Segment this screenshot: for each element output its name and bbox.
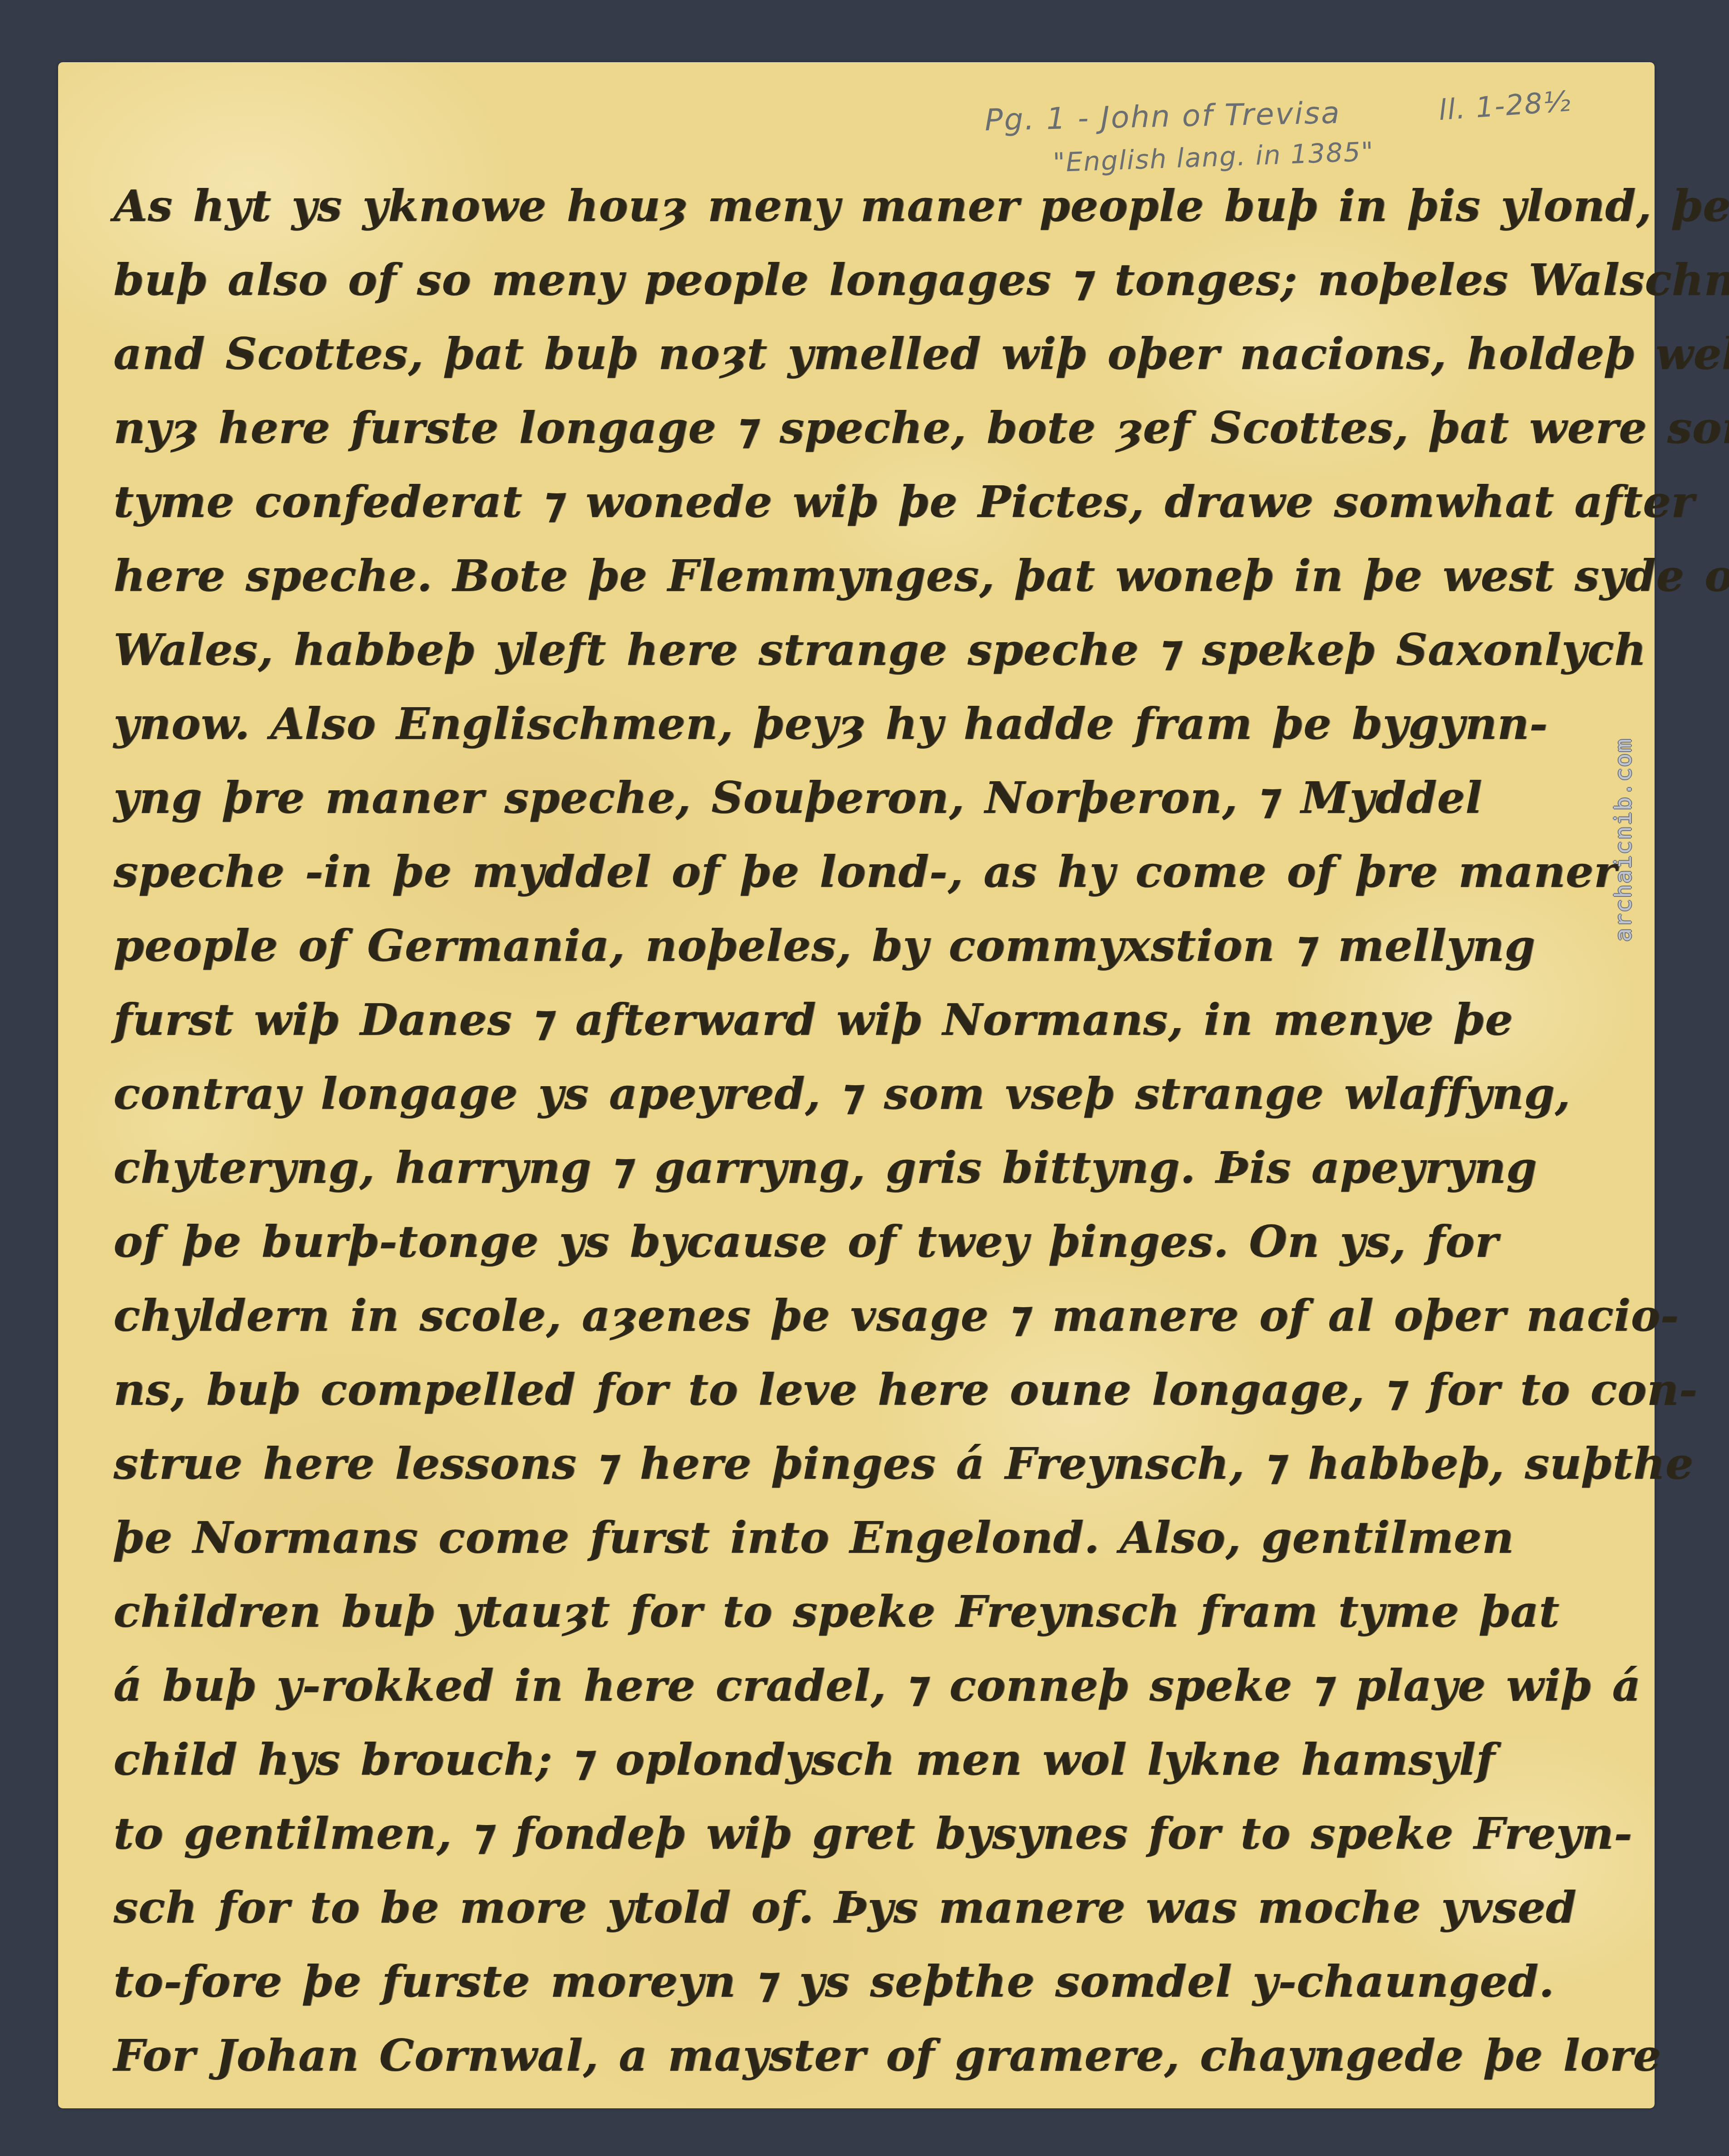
manuscript-line: child hys brouch; ⁊ oplondysch men wol l… (113, 1723, 1625, 1797)
manuscript-line: and Scottes, þat buþ noȝt ymelled wiþ oþ… (113, 317, 1625, 391)
manuscript-line: ynow. Also Englischmen, þeyȝ hy hadde fr… (113, 687, 1625, 761)
manuscript-line: þe Normans come furst into Engelond. Als… (113, 1501, 1625, 1575)
manuscript-line: of þe burþ-tonge ys bycause of twey þing… (113, 1205, 1625, 1279)
manuscript-line: contray longage ys apeyred, ⁊ som vseþ s… (113, 1057, 1625, 1131)
manuscript-line: yng þre maner speche, Souþeron, Norþeron… (113, 761, 1625, 835)
manuscript-line: to gentilmen, ⁊ fondeþ wiþ gret bysynes … (113, 1797, 1625, 1871)
manuscript-line: buþ also of so meny people longages ⁊ to… (113, 243, 1625, 317)
manuscript-line: Wales, habbeþ yleft here strange speche … (113, 613, 1625, 687)
manuscript-line: to-fore þe furste moreyn ⁊ ys seþthe som… (113, 1944, 1625, 2018)
manuscript-line: ns, buþ compelled for to leve here oune … (113, 1353, 1625, 1427)
manuscript-line: speche -in þe myddel of þe lond-, as hy … (113, 835, 1625, 909)
manuscript-text: As hyt ys yknowe houȝ meny maner people … (113, 169, 1625, 2092)
manuscript-line: tyme confederat ⁊ wonede wiþ þe Pictes, … (113, 465, 1625, 539)
annotation-page-ref: Pg. 1 - John of Trevisa (984, 95, 1341, 138)
manuscript-line: For Johan Cornwal, a mayster of gramere,… (113, 2018, 1625, 2092)
manuscript-line: furst wiþ Danes ⁊ afterward wiþ Normans,… (113, 983, 1625, 1057)
manuscript-line: chyldern in scole, aȝenes þe vsage ⁊ man… (113, 1279, 1625, 1353)
manuscript-line: nyȝ here furste longage ⁊ speche, bote ȝ… (113, 391, 1625, 465)
manuscript-line: strue here lessons ⁊ here þinges á Freyn… (113, 1427, 1625, 1501)
manuscript-line: As hyt ys yknowe houȝ meny maner people … (113, 169, 1625, 243)
manuscript-line: here speche. Bote þe Flemmynges, þat won… (113, 539, 1625, 613)
manuscript-line: sch for to be more ytold of. Þys manere … (113, 1871, 1625, 1944)
manuscript-line: á buþ y-rokked in here cradel, ⁊ conneþ … (113, 1649, 1625, 1723)
manuscript-line: people of Germania, noþeles, by commyxst… (113, 909, 1625, 983)
manuscript-line: chyteryng, harryng ⁊ garryng, gris bitty… (113, 1131, 1625, 1205)
watermark-vertical: archaicnib.com (1610, 738, 1636, 942)
manuscript-line: children buþ ytauȝt for to speke Freynsc… (113, 1575, 1625, 1649)
